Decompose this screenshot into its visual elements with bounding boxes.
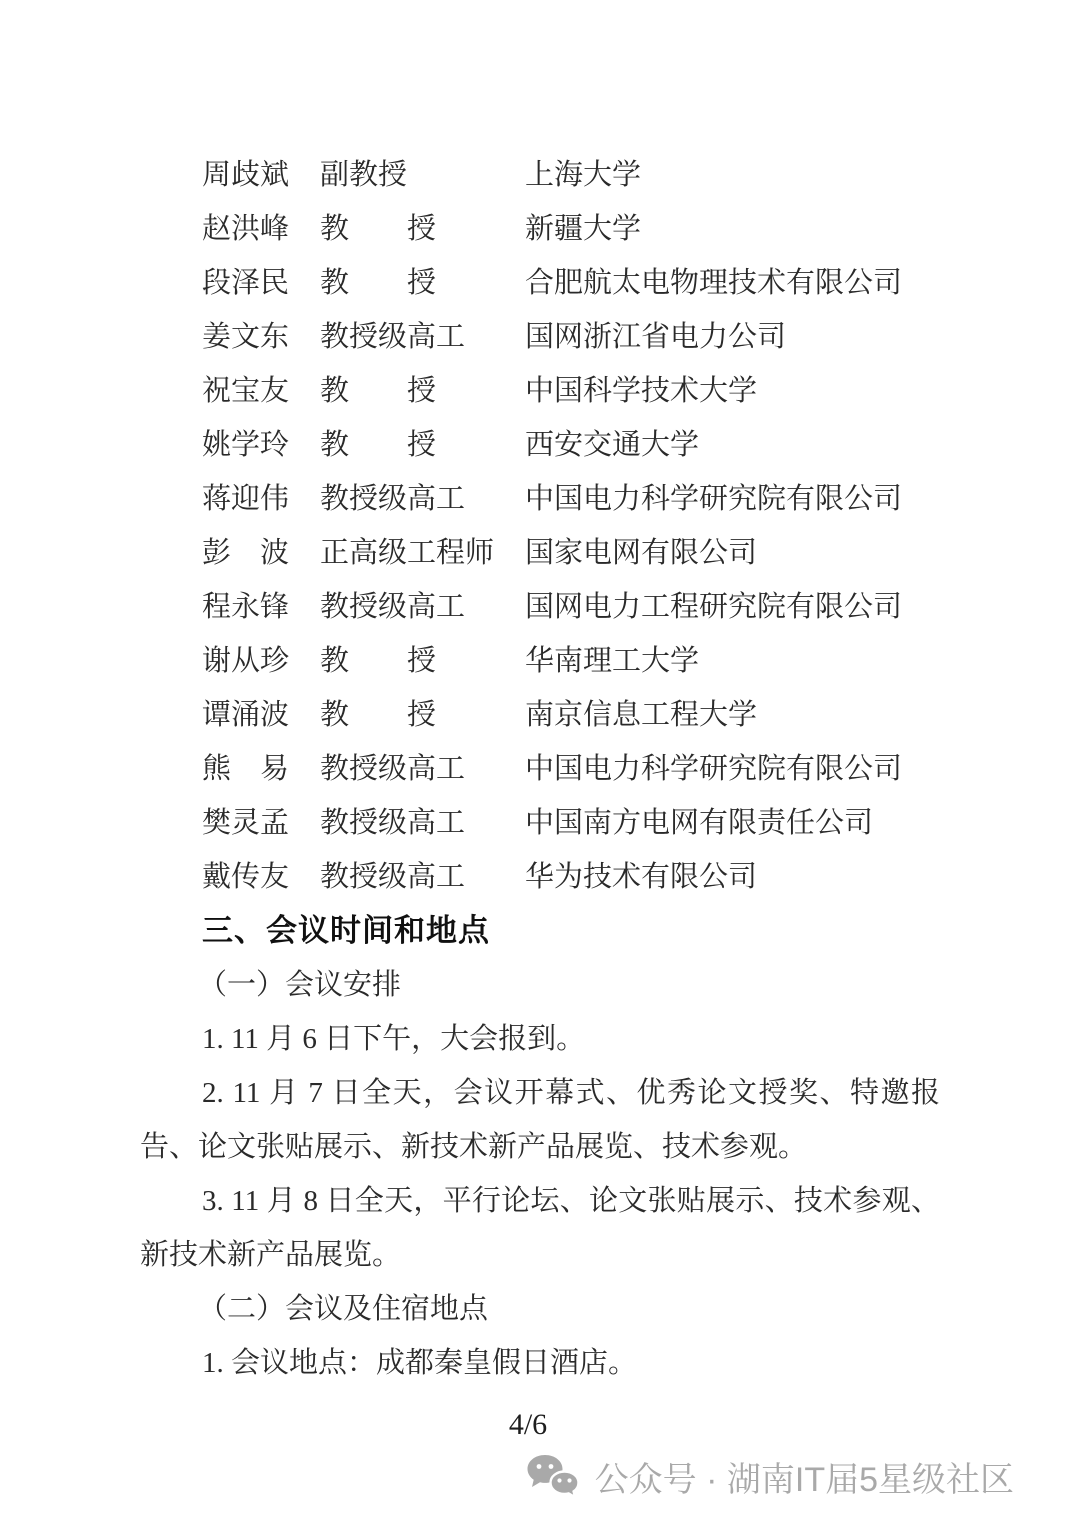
member-title: 教授级高工	[320, 310, 525, 364]
committee-row: 姚学玲教 授西安交通大学	[202, 418, 940, 472]
member-name: 周歧斌	[202, 148, 320, 202]
wechat-icon	[525, 1453, 581, 1501]
member-name: 程永锋	[202, 580, 320, 634]
member-name: 段泽民	[202, 256, 320, 310]
member-organization: 上海大学	[525, 148, 940, 202]
member-organization: 中国电力科学研究院有限公司	[525, 742, 940, 796]
committee-row: 段泽民教 授合肥航太电物理技术有限公司	[202, 256, 940, 310]
member-name: 祝宝友	[202, 364, 320, 418]
committee-row: 樊灵孟教授级高工中国南方电网有限责任公司	[202, 796, 940, 850]
member-title: 教授级高工	[320, 796, 525, 850]
document-body: 周歧斌副教授上海大学赵洪峰教 授新疆大学段泽民教 授合肥航太电物理技术有限公司姜…	[140, 148, 940, 1390]
member-organization: 中国科学技术大学	[525, 364, 940, 418]
paragraph: 2. 11 月 7 日全天，会议开幕式、优秀论文授奖、特邀报告、论文张贴展示、新…	[140, 1066, 940, 1174]
member-organization: 合肥航太电物理技术有限公司	[525, 256, 940, 310]
member-organization: 华南理工大学	[525, 634, 940, 688]
committee-row: 姜文东教授级高工国网浙江省电力公司	[202, 310, 940, 364]
committee-row: 彭 波正高级工程师国家电网有限公司	[202, 526, 940, 580]
committee-row: 蒋迎伟教授级高工中国电力科学研究院有限公司	[202, 472, 940, 526]
paragraph: 3. 11 月 8 日全天，平行论坛、论文张贴展示、技术参观、新技术新产品展览。	[140, 1174, 940, 1282]
member-name: 姚学玲	[202, 418, 320, 472]
member-organization: 国网电力工程研究院有限公司	[525, 580, 940, 634]
member-organization: 新疆大学	[525, 202, 940, 256]
member-title: 教 授	[320, 364, 525, 418]
committee-row: 戴传友教授级高工华为技术有限公司	[202, 850, 940, 904]
member-title: 教授级高工	[320, 580, 525, 634]
member-organization: 华为技术有限公司	[525, 850, 940, 904]
watermark-text: 公众号 · 湖南IT届5星级社区	[595, 1452, 1014, 1501]
member-name: 樊灵孟	[202, 796, 320, 850]
member-title: 教 授	[320, 688, 525, 742]
member-organization: 国家电网有限公司	[525, 526, 940, 580]
member-title: 教 授	[320, 256, 525, 310]
document-page: 周歧斌副教授上海大学赵洪峰教 授新疆大学段泽民教 授合肥航太电物理技术有限公司姜…	[0, 0, 1080, 1526]
member-title: 正高级工程师	[320, 526, 525, 580]
member-title: 教授级高工	[320, 472, 525, 526]
member-title: 教授级高工	[320, 850, 525, 904]
member-title: 副教授	[320, 148, 525, 202]
member-name: 蒋迎伟	[202, 472, 320, 526]
committee-row: 熊 易教授级高工中国电力科学研究院有限公司	[202, 742, 940, 796]
member-organization: 国网浙江省电力公司	[525, 310, 940, 364]
committee-row: 谭涌波教 授南京信息工程大学	[202, 688, 940, 742]
member-title: 教 授	[320, 202, 525, 256]
section-items: （一）会议安排1. 11 月 6 日下午，大会报到。2. 11 月 7 日全天，…	[140, 958, 940, 1390]
member-organization: 南京信息工程大学	[525, 688, 940, 742]
committee-row: 赵洪峰教 授新疆大学	[202, 202, 940, 256]
member-organization: 西安交通大学	[525, 418, 940, 472]
committee-row: 祝宝友教 授中国科学技术大学	[202, 364, 940, 418]
member-organization: 中国电力科学研究院有限公司	[525, 472, 940, 526]
page-number: 4/6	[0, 1408, 1056, 1442]
member-organization: 中国南方电网有限责任公司	[525, 796, 940, 850]
section-subheading: （二）会议及住宿地点	[140, 1282, 940, 1336]
member-name: 熊 易	[202, 742, 320, 796]
section-subheading: （一）会议安排	[140, 958, 940, 1012]
member-name: 赵洪峰	[202, 202, 320, 256]
committee-row: 程永锋教授级高工国网电力工程研究院有限公司	[202, 580, 940, 634]
paragraph: 1. 会议地点：成都秦皇假日酒店。	[140, 1336, 940, 1390]
section-heading: 三、会议时间和地点	[140, 904, 940, 958]
member-title: 教授级高工	[320, 742, 525, 796]
committee-row: 谢从珍教 授华南理工大学	[202, 634, 940, 688]
member-title: 教 授	[320, 634, 525, 688]
committee-row: 周歧斌副教授上海大学	[202, 148, 940, 202]
committee-table: 周歧斌副教授上海大学赵洪峰教 授新疆大学段泽民教 授合肥航太电物理技术有限公司姜…	[202, 148, 940, 904]
member-title: 教 授	[320, 418, 525, 472]
paragraph: 1. 11 月 6 日下午，大会报到。	[140, 1012, 940, 1066]
member-name: 戴传友	[202, 850, 320, 904]
member-name: 谢从珍	[202, 634, 320, 688]
member-name: 彭 波	[202, 526, 320, 580]
member-name: 姜文东	[202, 310, 320, 364]
watermark: 公众号 · 湖南IT届5星级社区	[525, 1452, 1014, 1501]
member-name: 谭涌波	[202, 688, 320, 742]
